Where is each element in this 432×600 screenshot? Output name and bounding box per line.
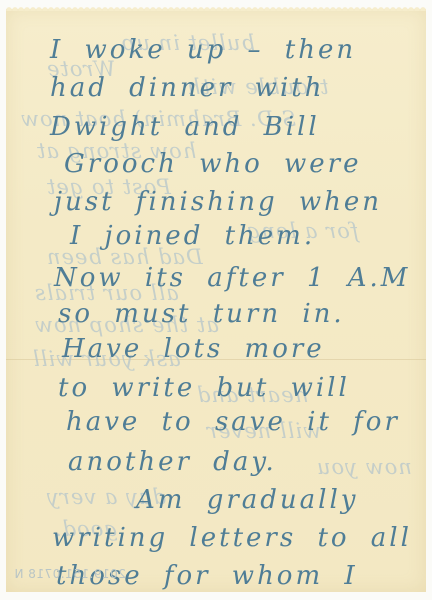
bleed-through-line: now you (316, 455, 412, 479)
letter-line-12: another day. (68, 447, 277, 477)
letter-line-1: I woke up – then (50, 35, 356, 65)
letter-line-10: to write but will (58, 373, 350, 403)
letter-page: bullet in up Wrote trouble with S.D. Bra… (6, 9, 426, 592)
letter-line-7: Now its after 1 A.M (54, 263, 410, 293)
archive-accession-stamp: 2019.151.0718 N (14, 567, 126, 581)
letter-line-14: writing letters to all (52, 523, 412, 553)
letter-line-2: had dinner with (50, 73, 324, 103)
letter-line-11: have to save it for (66, 407, 400, 437)
deckled-edge (6, 5, 426, 11)
letter-line-8: so must turn in. (58, 299, 345, 329)
letter-line-13: Am gradually (136, 485, 358, 515)
letter-line-6: I joined them. (70, 221, 315, 251)
letter-line-3: Dwight and Bill (50, 112, 320, 142)
letter-line-4: Grooch who were (64, 149, 361, 179)
letter-line-9: Have lots more (62, 334, 325, 364)
letter-line-5: just finishing when (54, 187, 382, 217)
